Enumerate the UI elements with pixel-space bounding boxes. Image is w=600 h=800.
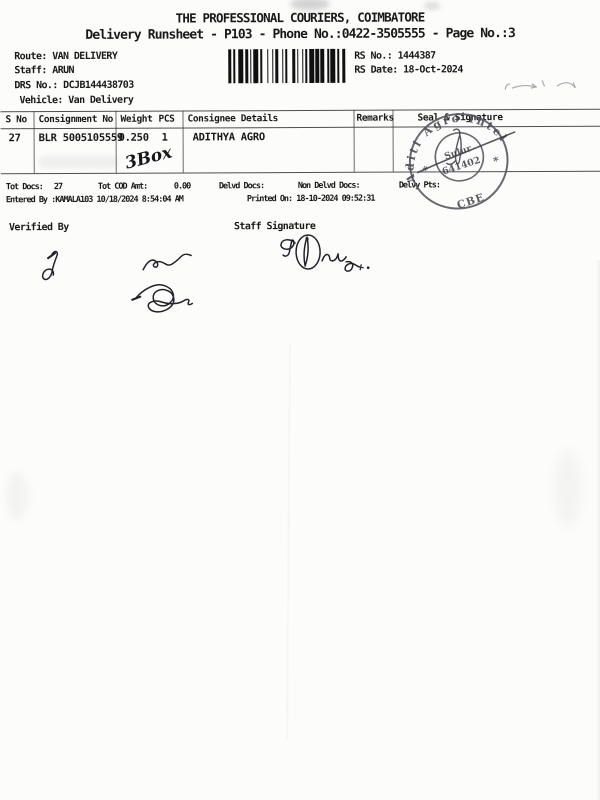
table-col-divider	[353, 110, 354, 172]
vehicle-value: Van Delivery	[68, 95, 133, 106]
col-header-weight: Weight	[120, 114, 152, 125]
tot-cod-value: 0.00	[174, 181, 191, 191]
staff-signature-label: Staff Signature	[234, 221, 315, 232]
barcode	[228, 49, 346, 84]
tot-cod-label: Tot COD Amt:	[98, 182, 147, 192]
rs-date-label: RS Date:	[354, 65, 397, 76]
table-col-divider	[33, 111, 34, 173]
page-subtitle: Delivery Runsheet - P103 - Phone No.:042…	[0, 26, 600, 44]
rs-no-field: RS No.: 1444387	[354, 50, 435, 61]
scanned-delivery-runsheet: THE PROFESSIONAL COURIERS, COIMBATORE De…	[0, 0, 600, 800]
col-header-sno: S No	[5, 114, 26, 125]
signature-staff	[281, 235, 370, 272]
printed-on: Printed On: 18-10-2024 09:52:31	[247, 194, 375, 205]
pen-scribble-top-right	[505, 81, 575, 89]
non-delvd-docs-label: Non Delvd Docs:	[298, 181, 360, 191]
signature-verified-3	[132, 285, 192, 312]
signature-verified-1	[43, 252, 58, 280]
pen-squiggle-in-stamp	[447, 129, 462, 164]
drs-field: DRS No.: DCJB144438703	[14, 80, 133, 92]
stamp-star-right: *	[492, 154, 502, 168]
col-header-pcs: PCS	[158, 114, 174, 125]
row-consignee: ADITHYA AGRO	[193, 131, 265, 143]
stamp-place: Sulur	[443, 144, 473, 162]
table-col-divider	[182, 111, 183, 173]
tot-docs-label: Tot Docs:	[6, 182, 43, 192]
page-title: THE PROFESSIONAL COURIERS, COIMBATORE	[0, 9, 600, 27]
rs-no-label: RS No.:	[354, 51, 392, 62]
tot-docs-value: 27	[54, 182, 62, 192]
col-header-consignment: Consignment No	[38, 114, 113, 125]
signature-verified-2	[143, 254, 191, 270]
verified-by-label: Verified By	[9, 222, 69, 233]
row-consignment: BLR 5005105559	[39, 132, 123, 144]
rs-date-value: 18-Oct-2024	[403, 64, 463, 75]
vehicle-label: Vehicle:	[19, 95, 62, 106]
row-pcs: 1	[162, 132, 168, 144]
table-bottom-border	[1, 171, 600, 175]
paper-edge-shadow	[596, 260, 600, 800]
drs-label: DRS No.:	[14, 80, 57, 91]
rs-date-field: RS Date: 18-Oct-2024	[354, 64, 462, 75]
route-field: Route: VAN DELIVERY	[14, 51, 117, 62]
route-label: Route:	[14, 51, 47, 62]
document-content: THE PROFESSIONAL COURIERS, COIMBATORE De…	[0, 0, 600, 800]
staff-value: ARUN	[52, 65, 74, 76]
col-header-consignee: Consignee Details	[187, 113, 277, 124]
drs-value: DCJB144438703	[63, 80, 134, 91]
rs-no-value: 1444387	[398, 50, 436, 61]
table-top-border	[0, 109, 600, 113]
stamp-pincode: 641402	[441, 155, 482, 178]
staff-field: Staff: ARUN	[14, 65, 74, 76]
handwritten-note-text: 3Box	[123, 142, 175, 173]
handwritten-note-3box: 3Box	[123, 142, 175, 173]
delvd-docs-label: Delvd Docs:	[219, 181, 264, 191]
row-sno: 27	[9, 132, 21, 144]
entered-by: Entered By :KAMALA103 10/18/2024 8:54:04…	[6, 195, 183, 206]
col-header-remarks: Remarks	[356, 113, 393, 124]
delvy-pts-label: Delvy Pts:	[399, 180, 440, 190]
vehicle-field: Vehicle: Van Delivery	[19, 95, 133, 106]
table-header-border	[1, 126, 600, 130]
staff-label: Staff:	[14, 65, 47, 76]
row-weight: 0.250	[119, 132, 149, 144]
route-value: VAN DELIVERY	[52, 51, 117, 62]
stamp-city-code: CBE	[456, 191, 487, 211]
pen-stroke-through-stamp	[418, 132, 515, 172]
col-header-seal: Seal & Signature	[417, 112, 502, 123]
